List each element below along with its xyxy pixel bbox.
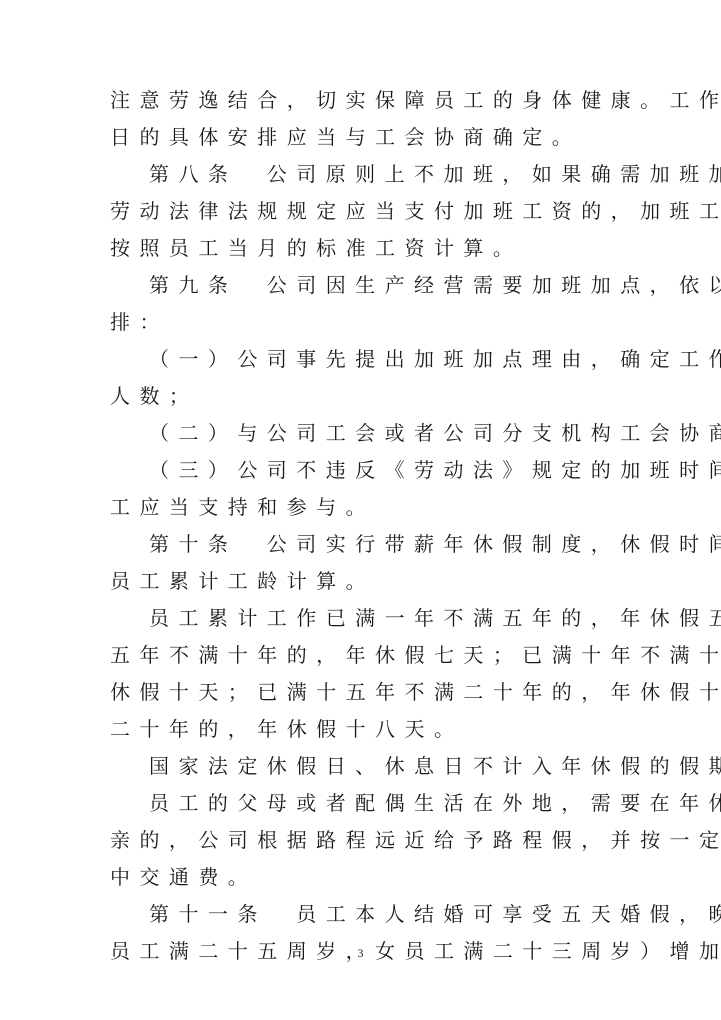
text-line: 中交通费。 <box>110 859 630 896</box>
document-body: 注意劳逸结合，切实保障员工的身体健康。工作班次和休息 日的具体安排应当与工会协商… <box>110 82 630 970</box>
article-9-line: 第九条 公司因生产经营需要加班加点，依以下方式安 <box>110 267 630 304</box>
text-line: 排： <box>110 304 630 341</box>
article-10-line: 第十条 公司实行带薪年休假制度，休假时间安排按照 <box>110 526 630 563</box>
text-line: 五年不满十年的，年休假七天；已满十年不满十五年的，年 <box>110 637 630 674</box>
text-line: 员工累计工龄计算。 <box>110 563 630 600</box>
paragraph-line: 员工累计工作已满一年不满五年的，年休假五天；已满 <box>110 600 630 637</box>
text-line: 亲的，公司根据路程远近给予路程假，并按一定标准报销途 <box>110 822 630 859</box>
text-line: 人数； <box>110 378 630 415</box>
paragraph-line: 国家法定休假日、休息日不计入年休假的假期。 <box>110 748 630 785</box>
text-line: 二十年的，年休假十八天。 <box>110 711 630 748</box>
text-line: 劳动法律法规规定应当支付加班工资的，加班工资计发基数 <box>110 193 630 230</box>
article-8-line: 第八条 公司原则上不加班，如果确需加班加点，依照 <box>110 156 630 193</box>
text-line: 按照员工当月的标准工资计算。 <box>110 230 630 267</box>
paragraph-line: 员工的父母或者配偶生活在外地，需要在年休假期间探 <box>110 785 630 822</box>
document-page: 注意劳逸结合，切实保障员工的身体健康。工作班次和休息 日的具体安排应当与工会协商… <box>0 0 721 1020</box>
text-line: 日的具体安排应当与工会协商确定。 <box>110 119 630 156</box>
text-line: 注意劳逸结合，切实保障员工的身体健康。工作班次和休息 <box>110 82 630 119</box>
list-item-1-line: （一）公司事先提出加班加点理由，确定工作量和投入 <box>110 341 630 378</box>
list-item-2-line: （二）与公司工会或者公司分支机构工会协商； <box>110 415 630 452</box>
list-item-3-line: （三）公司不违反《劳动法》规定的加班时间标准，员 <box>110 452 630 489</box>
article-11-line: 第十一条 员工本人结婚可享受五天婚假，晚婚者（男 <box>110 896 630 933</box>
page-number: 3 <box>0 946 721 961</box>
text-line: 休假十天；已满十五年不满二十年的，年休假十五天；已满 <box>110 674 630 711</box>
text-line: 工应当支持和参与。 <box>110 489 630 526</box>
